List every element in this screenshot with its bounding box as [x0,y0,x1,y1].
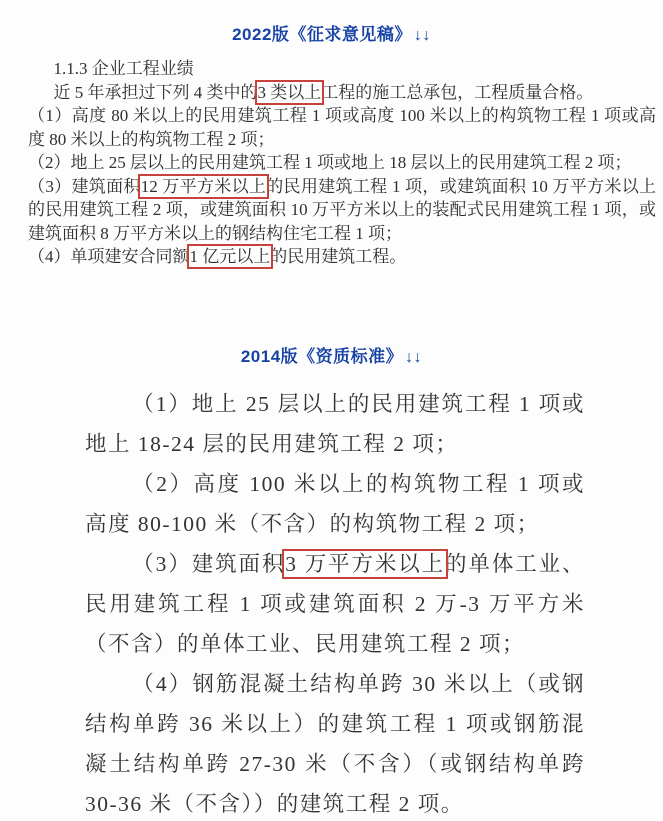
section-title-2022: 2022版《征求意见稿》↓↓ [0,20,663,45]
paragraph: 1.1.3 企业工程业绩 [28,57,656,81]
text-segment: 的民用建筑工程。 [270,247,406,266]
paragraph: （4）单项建安合同额1 亿元以上的民用建筑工程。 [28,245,656,269]
text-segment: （3）建筑面积 [28,177,141,196]
paragraph: （2）地上 25 层以上的民用建筑工程 1 项或地上 18 层以上的民用建筑工程… [28,151,656,175]
section-title-2014: 2014版《资质标准》↓↓ [0,342,663,367]
text-segment: （2）高度 100 米以上的构筑物工程 1 项或高度 80-100 米（不含）的… [85,472,585,536]
paragraph: 近 5 年承担过下列 4 类中的3 类以上工程的施工总承包，工程质量合格。 [28,81,656,105]
paragraph: （4）钢筋混凝土结构单跨 30 米以上（或钢结构单跨 36 米以上）的建筑工程 … [85,664,585,821]
text-segment: 近 5 年承担过下列 4 类中的 [54,83,258,102]
text-segment: （4）单项建安合同额 [28,247,190,266]
text-segment: 1.1.3 企业工程业绩 [54,59,194,78]
document-page: 2022版《征求意见稿》↓↓ 1.1.3 企业工程业绩近 5 年承担过下列 4 … [0,0,663,821]
text-segment: （3）建筑面积 [132,552,285,576]
highlight-box: 3 万平方米以上 [285,552,445,576]
text-segment: （4）钢筋混凝土结构单跨 30 米以上（或钢结构单跨 36 米以上）的建筑工程 … [85,672,585,816]
paragraph: （2）高度 100 米以上的构筑物工程 1 项或高度 80-100 米（不含）的… [85,464,585,544]
paragraph: （3）建筑面积3 万平方米以上的单体工业、民用建筑工程 1 项或建筑面积 2 万… [85,544,585,664]
highlight-box: 3 类以上 [258,83,322,102]
section-body-2022: 1.1.3 企业工程业绩近 5 年承担过下列 4 类中的3 类以上工程的施工总承… [28,57,656,269]
down-arrows-icon: ↓↓ [405,349,422,366]
down-arrows-icon: ↓↓ [414,27,431,44]
paragraph: （3）建筑面积12 万平方米以上的民用建筑工程 1 项，或建筑面积 10 万平方… [28,175,656,246]
text-segment: （1）高度 80 米以上的民用建筑工程 1 项或高度 100 米以上的构筑物工程… [28,106,656,149]
text-segment: 工程的施工总承包，工程质量合格。 [321,83,593,102]
text-segment: （2）地上 25 层以上的民用建筑工程 1 项或地上 18 层以上的民用建筑工程… [28,153,632,172]
paragraph: （1）地上 25 层以上的民用建筑工程 1 项或地上 18-24 层的民用建筑工… [85,384,585,464]
paragraph: （1）高度 80 米以上的民用建筑工程 1 项或高度 100 米以上的构筑物工程… [28,104,656,151]
highlight-box: 12 万平方米以上 [141,177,266,196]
section-body-2014: （1）地上 25 层以上的民用建筑工程 1 项或地上 18-24 层的民用建筑工… [85,384,585,821]
highlight-box: 1 亿元以上 [190,247,271,266]
section-title-2014-text: 2014版《资质标准》 [241,347,403,366]
text-segment: （1）地上 25 层以上的民用建筑工程 1 项或地上 18-24 层的民用建筑工… [85,392,585,456]
section-title-2022-text: 2022版《征求意见稿》 [232,25,412,44]
